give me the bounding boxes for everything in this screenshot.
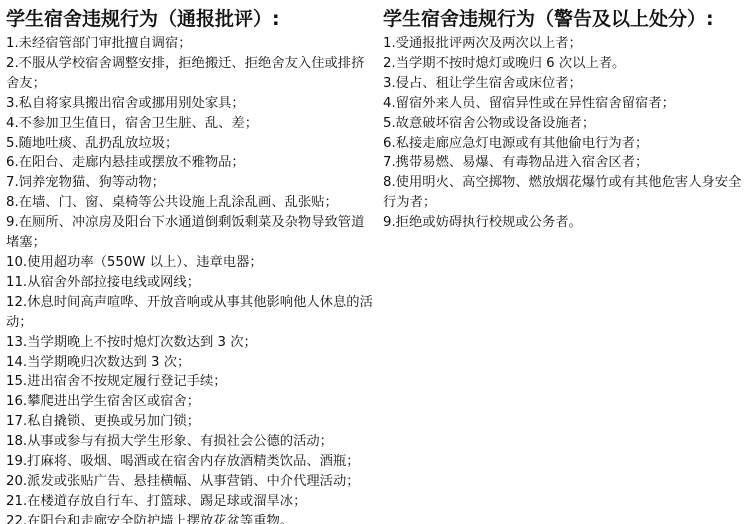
rule-item: 11.从宿舍外部拉接电线或网线； bbox=[6, 273, 376, 293]
rule-item: 9.拒绝或妨碍执行校规或公务者。 bbox=[383, 213, 745, 233]
rule-item: 4.不参加卫生值日，宿舍卫生脏、乱、差； bbox=[6, 114, 376, 134]
rule-item: 18.从事或参与有损大学生形象、有损社会公德的活动； bbox=[6, 432, 376, 452]
rule-item: 9.在厕所、冲凉房及阳台下水通道倒剩饭剩菜及杂物导致管道堵塞； bbox=[6, 213, 376, 253]
rule-item: 14.当学期晚归次数达到 3 次； bbox=[6, 353, 376, 373]
rule-item: 7.饲养宠物猫、狗等动物； bbox=[6, 173, 376, 193]
rule-item: 5.故意破坏宿舍公物或设备设施者； bbox=[383, 114, 745, 134]
rule-item: 13.当学期晚上不按时熄灯次数达到 3 次； bbox=[6, 333, 376, 353]
warning-punishment-list: 1.受通报批评两次及两次以上者； 2.当学期不按时熄灯或晚归 6 次以上者。 3… bbox=[383, 34, 745, 233]
rule-item: 1.受通报批评两次及两次以上者； bbox=[383, 34, 745, 54]
rule-item: 8.使用明火、高空掷物、燃放烟花爆竹或有其他危害人身安全行为者； bbox=[383, 173, 745, 213]
rule-item: 1.未经宿管部门审批擅自调宿； bbox=[6, 34, 376, 54]
rule-item: 15.进出宿舍不按规定履行登记手续； bbox=[6, 372, 376, 392]
rule-item: 3.私自将家具搬出宿舍或挪用别处家具； bbox=[6, 94, 376, 114]
rule-item: 5.随地吐痰、乱扔乱放垃圾； bbox=[6, 134, 376, 154]
rule-item: 2.当学期不按时熄灯或晚归 6 次以上者。 bbox=[383, 54, 745, 74]
notice-criticism-title: 学生宿舍违规行为（通报批评）: bbox=[6, 6, 376, 32]
rule-item: 16.攀爬进出学生宿舍区或宿舍； bbox=[6, 392, 376, 412]
notice-criticism-list: 1.未经宿管部门审批擅自调宿； 2.不服从学校宿舍调整安排，拒绝搬迁、拒绝舍友入… bbox=[6, 34, 376, 524]
rule-item: 6.在阳台、走廊内悬挂或摆放不雅物品； bbox=[6, 153, 376, 173]
rule-item: 19.打麻将、吸烟、喝酒或在宿舍内存放酒精类饮品、酒瓶； bbox=[6, 452, 376, 472]
rule-item: 8.在墙、门、窗、桌椅等公共设施上乱涂乱画、乱张贴； bbox=[6, 193, 376, 213]
rule-item: 20.派发或张贴广告、悬挂横幅、从事营销、中介代理活动； bbox=[6, 472, 376, 492]
rule-item: 7.携带易燃、易爆、有毒物品进入宿舍区者； bbox=[383, 153, 745, 173]
rule-item: 2.不服从学校宿舍调整安排，拒绝搬迁、拒绝舍友入住或排挤舍友； bbox=[6, 54, 376, 94]
rule-item: 3.侵占、租让学生宿舍或床位者； bbox=[383, 74, 745, 94]
rule-item: 10.使用超功率（550W 以上）、违章电器； bbox=[6, 253, 376, 273]
rule-item: 21.在楼道存放自行车、打篮球、踢足球或溜旱冰； bbox=[6, 492, 376, 512]
rule-item: 17.私自撬锁、更换或另加门锁； bbox=[6, 412, 376, 432]
warning-punishment-title: 学生宿舍违规行为（警告及以上处分）: bbox=[383, 6, 745, 32]
notice-criticism-column: 学生宿舍违规行为（通报批评）: 1.未经宿管部门审批擅自调宿； 2.不服从学校宿… bbox=[6, 6, 376, 524]
warning-punishment-column: 学生宿舍违规行为（警告及以上处分）: 1.受通报批评两次及两次以上者； 2.当学… bbox=[383, 6, 745, 233]
rule-item: 6.私接走廊应急灯电源或有其他偷电行为者； bbox=[383, 134, 745, 154]
rule-item: 4.留宿外来人员、留宿异性或在异性宿舍留宿者； bbox=[383, 94, 745, 114]
rule-item: 12.休息时间高声喧哗、开放音响或从事其他影响他人休息的活动； bbox=[6, 293, 376, 333]
rule-item: 22.在阳台和走廊安全防护墙上摆放花盆等重物。 bbox=[6, 512, 376, 524]
